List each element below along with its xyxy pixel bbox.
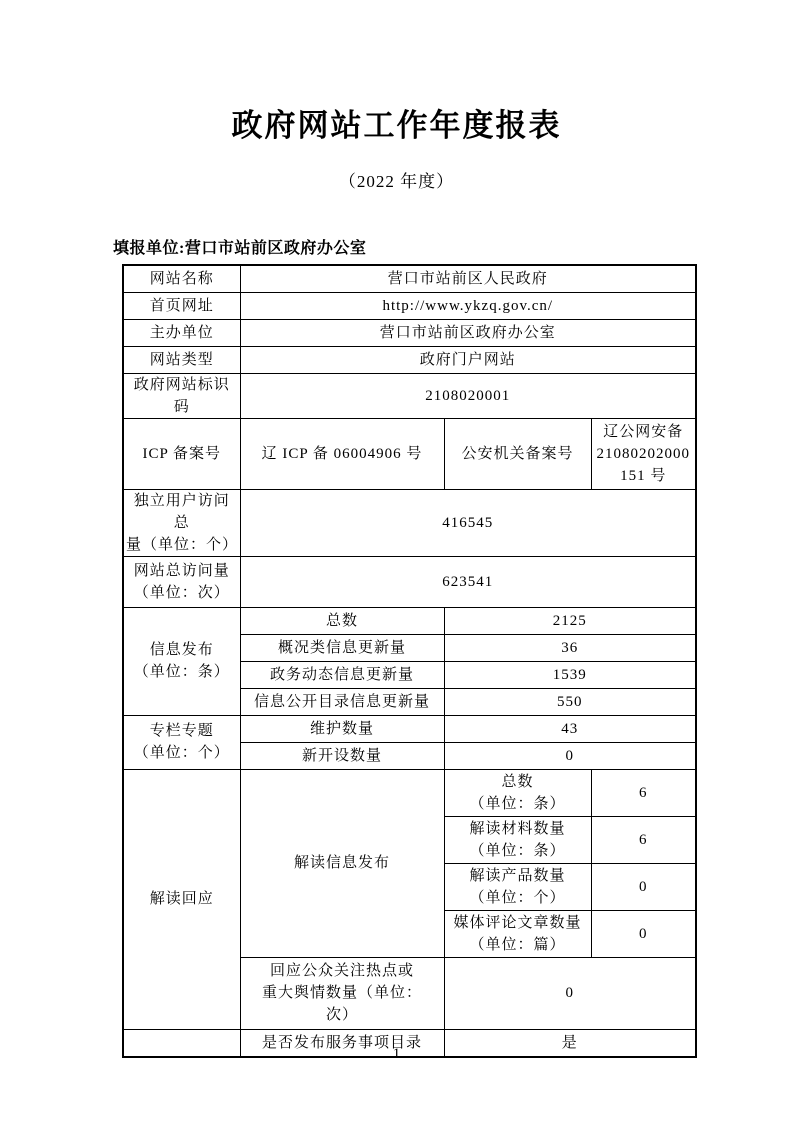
icp-label-cell: ICP 备案号 xyxy=(123,418,240,489)
interpretation-total-value-cell: 6 xyxy=(591,769,696,816)
page-title: 政府网站工作年度报表 xyxy=(0,104,793,148)
table-row: 专栏专题 （单位：个） 维护数量 43 xyxy=(123,715,696,742)
site-code-label-cell: 政府网站标识码 xyxy=(123,373,240,418)
total-visits-value-cell: 623541 xyxy=(240,556,696,607)
interpretation-materials-value-cell: 6 xyxy=(591,816,696,863)
table-row: 首页网址 http://www.ykzq.gov.cn/ xyxy=(123,292,696,319)
info-publish-group-label-cell: 信息发布 （单位：条） xyxy=(123,607,240,715)
homepage-url-label-cell: 首页网址 xyxy=(123,292,240,319)
police-filing-label-cell: 公安机关备案号 xyxy=(444,418,591,489)
media-articles-label-cell: 媒体评论文章数量 （单位：篇） xyxy=(444,910,591,957)
gov-dynamics-updates-label-cell: 政务动态信息更新量 xyxy=(240,661,444,688)
unique-visitors-label-cell: 独立用户访问总 量（单位：个） xyxy=(123,489,240,556)
maintained-count-value-cell: 43 xyxy=(444,715,696,742)
newly-opened-label-cell: 新开设数量 xyxy=(240,742,444,769)
maintained-count-label-cell: 维护数量 xyxy=(240,715,444,742)
table-row: 解读回应 解读信息发布 总数 （单位：条） 6 xyxy=(123,769,696,816)
table-row: 独立用户访问总 量（单位：个） 416545 xyxy=(123,489,696,556)
total-visits-label-cell: 网站总访问量 （单位：次） xyxy=(123,556,240,607)
filing-unit-line: 填报单位:营口市站前区政府办公室 xyxy=(113,238,366,260)
icp-value-cell: 辽 ICP 备 06004906 号 xyxy=(240,418,444,489)
table-row: 政府网站标识码 2108020001 xyxy=(123,373,696,418)
unique-visitors-value-cell: 416545 xyxy=(240,489,696,556)
homepage-url-value-cell: http://www.ykzq.gov.cn/ xyxy=(240,292,696,319)
interpretation-materials-label-cell: 解读材料数量 （单位：条） xyxy=(444,816,591,863)
table-row: 网站名称 营口市站前区人民政府 xyxy=(123,265,696,292)
overview-updates-value-cell: 36 xyxy=(444,634,696,661)
document-page: 政府网站工作年度报表 （2022 年度） 填报单位:营口市站前区政府办公室 网站… xyxy=(0,0,793,1122)
page-subtitle: （2022 年度） xyxy=(0,169,793,195)
hot-response-label-cell: 回应公众关注热点或 重大舆情数量（单位： 次） xyxy=(240,957,444,1029)
info-publish-total-value-cell: 2125 xyxy=(444,607,696,634)
interpretation-group-label-cell: 解读回应 xyxy=(123,769,240,1029)
table-row: ICP 备案号 辽 ICP 备 06004906 号 公安机关备案号 辽公网安备… xyxy=(123,418,696,489)
table-row: 主办单位 营口市站前区政府办公室 xyxy=(123,319,696,346)
open-catalog-updates-value-cell: 550 xyxy=(444,688,696,715)
hot-response-value-cell: 0 xyxy=(444,957,696,1029)
interpretation-total-label-cell: 总数 （单位：条） xyxy=(444,769,591,816)
police-filing-value-cell: 辽公网安备 21080202000 151 号 xyxy=(591,418,696,489)
organizer-value-cell: 营口市站前区政府办公室 xyxy=(240,319,696,346)
interpretation-publish-label-cell: 解读信息发布 xyxy=(240,769,444,957)
table-row: 网站总访问量 （单位：次） 623541 xyxy=(123,556,696,607)
site-type-value-cell: 政府门户网站 xyxy=(240,346,696,373)
table-row: 信息发布 （单位：条） 总数 2125 xyxy=(123,607,696,634)
media-articles-value-cell: 0 xyxy=(591,910,696,957)
table-row: 网站类型 政府门户网站 xyxy=(123,346,696,373)
annual-report-table: 网站名称 营口市站前区人民政府 首页网址 http://www.ykzq.gov… xyxy=(122,264,697,1058)
interpretation-products-label-cell: 解读产品数量 （单位：个） xyxy=(444,863,591,910)
gov-dynamics-updates-value-cell: 1539 xyxy=(444,661,696,688)
site-code-value-cell: 2108020001 xyxy=(240,373,696,418)
newly-opened-value-cell: 0 xyxy=(444,742,696,769)
site-type-label-cell: 网站类型 xyxy=(123,346,240,373)
page-number: 1 xyxy=(0,1044,793,1064)
site-name-label-cell: 网站名称 xyxy=(123,265,240,292)
site-name-value-cell: 营口市站前区人民政府 xyxy=(240,265,696,292)
overview-updates-label-cell: 概况类信息更新量 xyxy=(240,634,444,661)
organizer-label-cell: 主办单位 xyxy=(123,319,240,346)
special-columns-group-label-cell: 专栏专题 （单位：个） xyxy=(123,715,240,769)
open-catalog-updates-label-cell: 信息公开目录信息更新量 xyxy=(240,688,444,715)
info-publish-total-label-cell: 总数 xyxy=(240,607,444,634)
interpretation-products-value-cell: 0 xyxy=(591,863,696,910)
